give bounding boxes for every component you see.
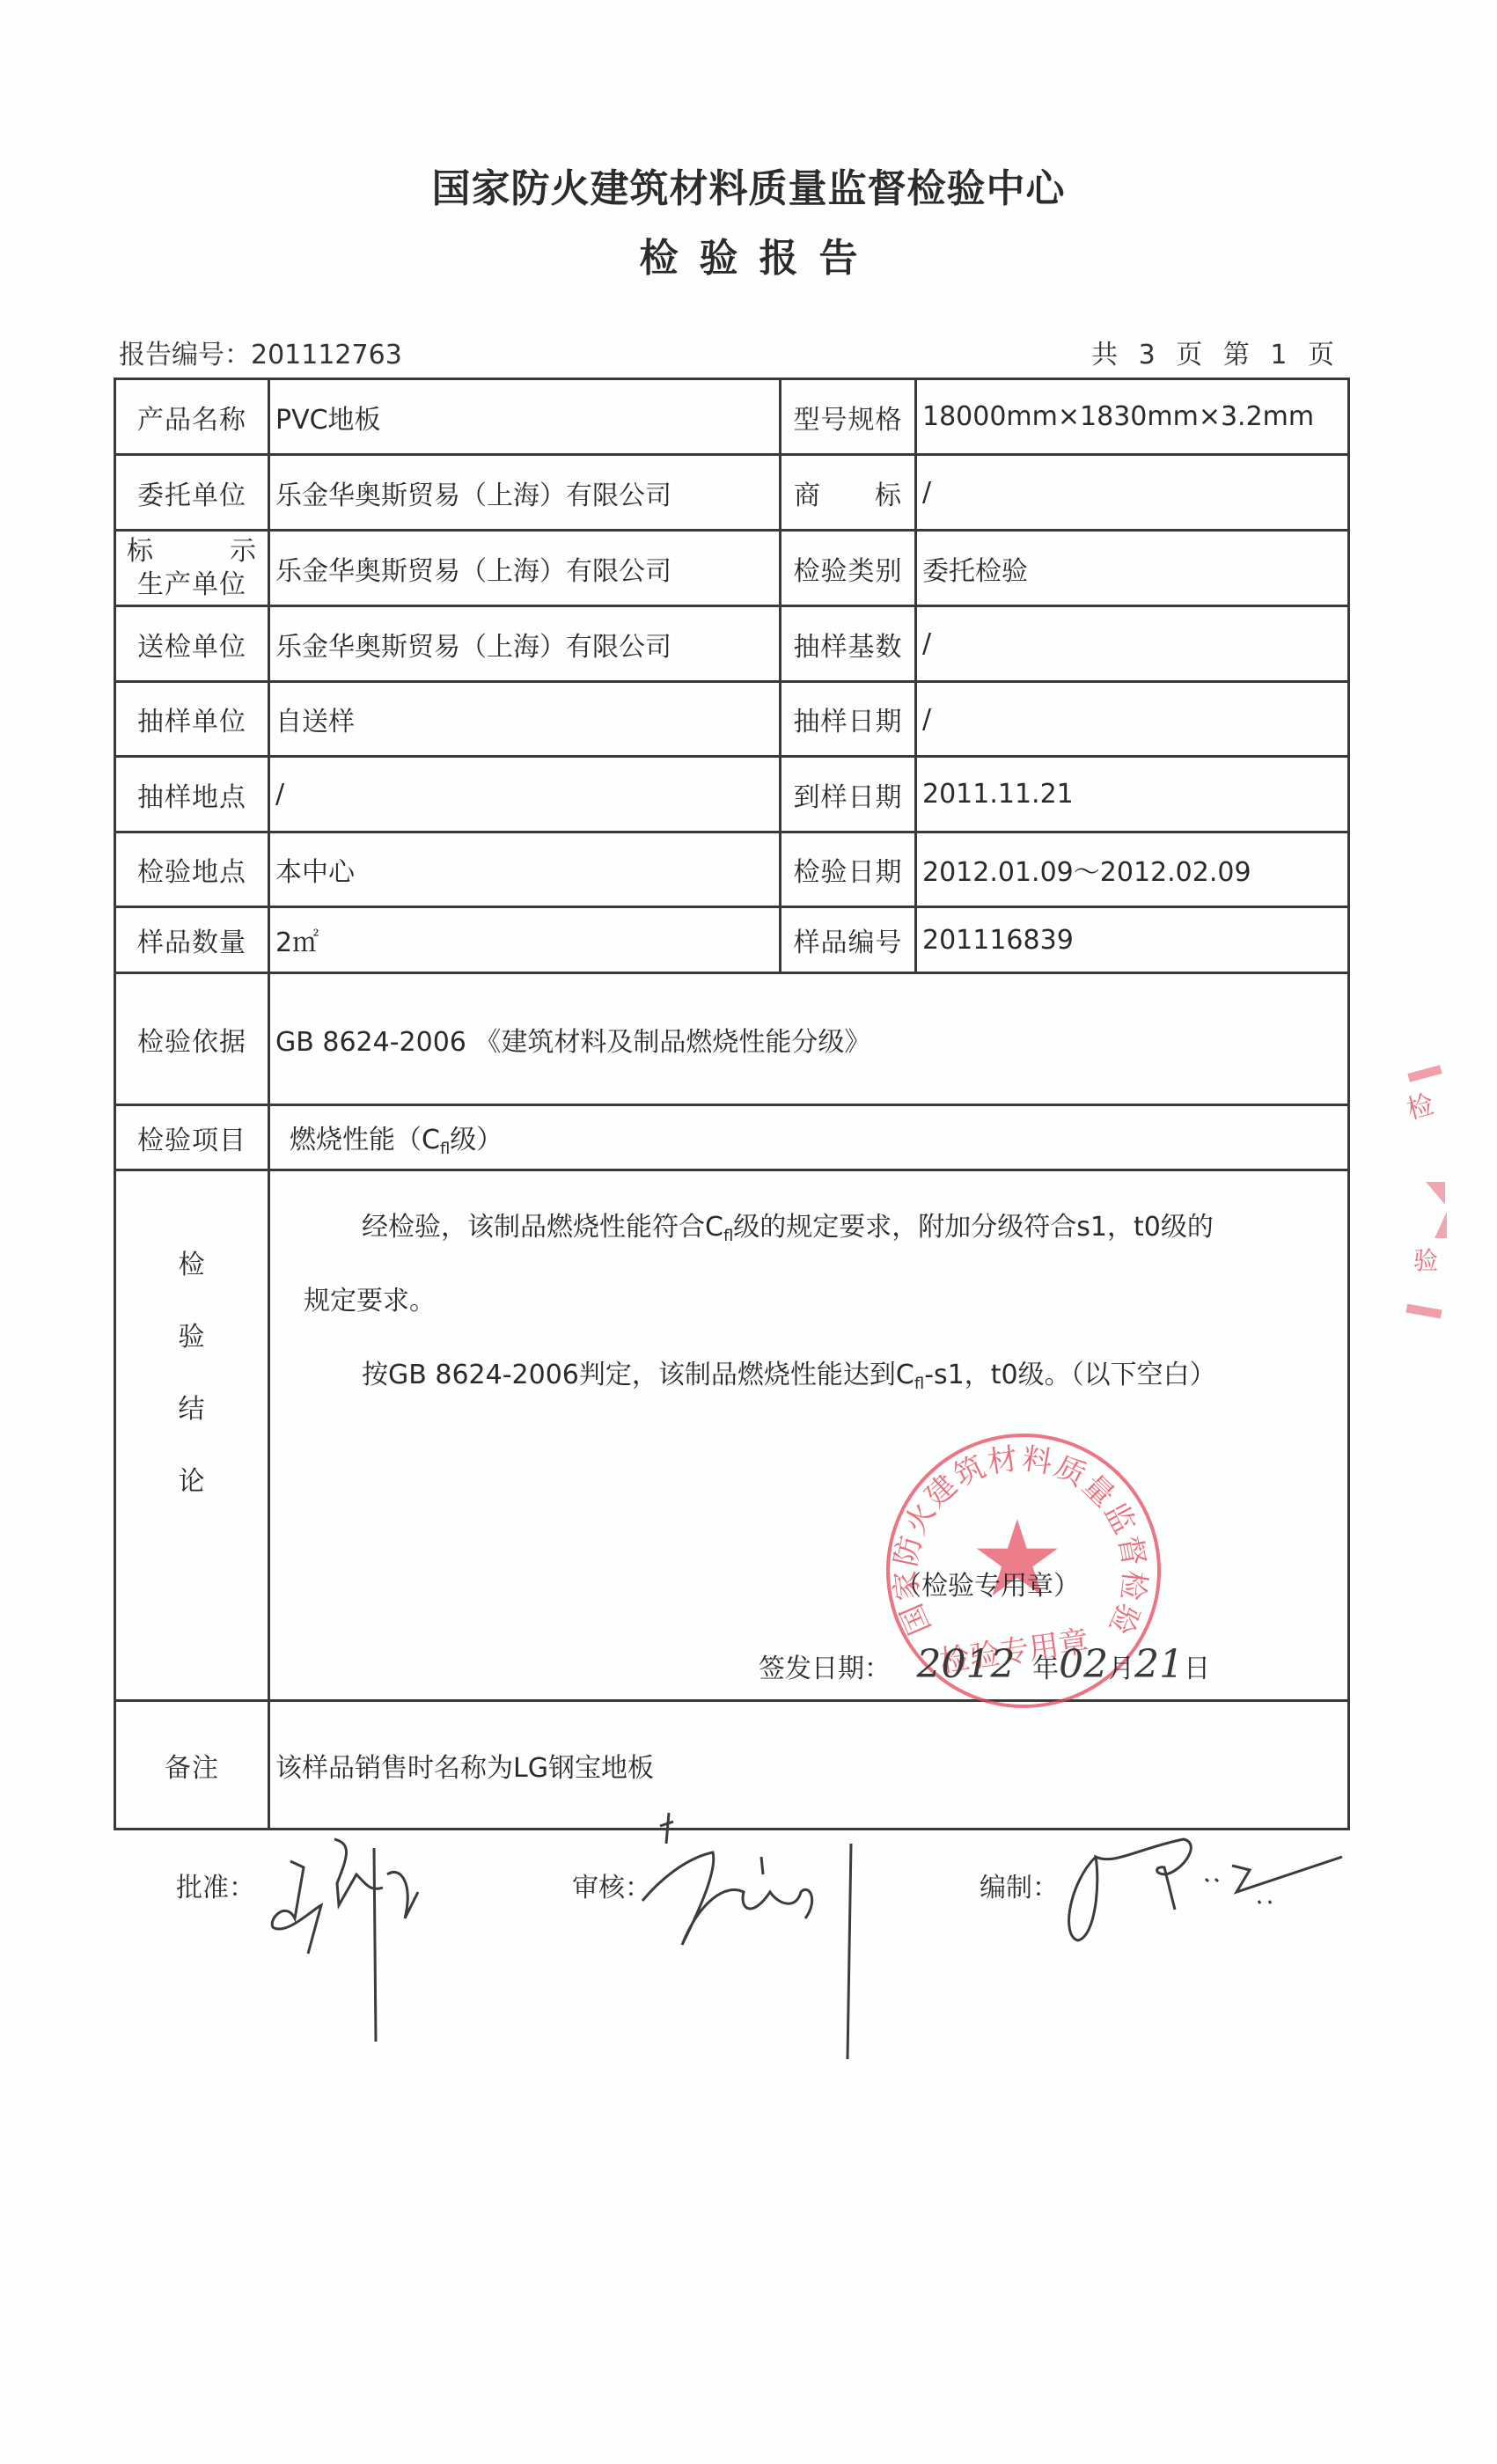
value-sample-number: 201116839 [916, 907, 1349, 973]
table-row: 检验依据 GB 8624-2006 《建筑材料及制品燃烧性能分级》 [115, 973, 1349, 1105]
test-item-text: 燃烧性能（C [290, 1125, 440, 1155]
table-row: 抽样单位 自送样 抽样日期 / [115, 682, 1349, 757]
conclusion-text: 经检验，该制品燃烧性能符合C [362, 1212, 723, 1243]
label-trademark-part2: 标 [875, 473, 902, 512]
value-test-basis: GB 8624-2006 《建筑材料及制品燃烧性能分级》 [269, 973, 1349, 1105]
review-signature [629, 1804, 893, 2068]
value-manufacturer: 乐金华奥斯贸易（上海）有限公司 [269, 531, 781, 606]
conclusion-char: 论 [116, 1446, 268, 1518]
table-row: 委托单位 乐金华奥斯贸易（上海）有限公司 商标 / [115, 455, 1349, 531]
conclusion-paragraph-2: 按GB 8624-2006判定，该制品燃烧性能达到Cfl-s1，t0级。（以下空… [362, 1353, 1216, 1393]
table-row: 送检单位 乐金华奥斯贸易（上海）有限公司 抽样基数 / [115, 606, 1349, 682]
value-sampling-date: / [916, 682, 1349, 757]
table-row: 检验项目 燃烧性能（Cfl级） [115, 1105, 1349, 1170]
label-sampling-base: 抽样基数 [781, 606, 916, 682]
label-test-basis: 检验依据 [115, 973, 269, 1105]
label-marked-manufacturer: 标示 生产单位 [115, 531, 269, 606]
label-conclusion: 检 验 结 论 [115, 1170, 269, 1701]
label-sampling-unit: 抽样单位 [115, 682, 269, 757]
conclusion-char: 检 [116, 1229, 268, 1302]
test-item-suffix: 级） [450, 1125, 503, 1155]
conclusion-paragraph-1: 经检验，该制品燃烧性能符合Cfl级的规定要求，附加分级符合s1，t0级的 [362, 1205, 1214, 1245]
conclusion-char: 验 [116, 1302, 268, 1374]
label-submitter: 送检单位 [115, 606, 269, 682]
value-client: 乐金华奥斯贸易（上海）有限公司 [269, 455, 781, 531]
table-row: 检验地点 本中心 检验日期 2012.01.09～2012.02.09 [115, 832, 1349, 907]
edge-seal-char: 验 [1413, 1242, 1438, 1277]
label-trademark-part1: 商 [794, 473, 821, 512]
label-sample-number: 样品编号 [781, 907, 916, 973]
month-char: 月 [1108, 1654, 1134, 1684]
day-char: 日 [1184, 1654, 1210, 1684]
table-row: 抽样地点 / 到样日期 2011.11.21 [115, 757, 1349, 832]
conclusion-subscript: fl [723, 1227, 733, 1245]
prepare-label: 编制： [980, 1866, 1059, 1904]
doc-title: 检验报告 [0, 226, 1497, 282]
value-product-name: PVC地板 [269, 379, 781, 455]
conclusion-char: 结 [116, 1374, 268, 1446]
issue-day: 21 [1134, 1642, 1184, 1687]
page-indicator: 共 3 页 第 1 页 [1091, 333, 1340, 371]
label-remarks: 备注 [115, 1701, 269, 1830]
conclusion-cell: 经检验，该制品燃烧性能符合Cfl级的规定要求，附加分级符合s1，t0级的 规定要… [269, 1170, 1349, 1701]
value-model-spec: 18000mm×1830mm×3.2mm [916, 379, 1349, 455]
table-row: 标示 生产单位 乐金华奥斯贸易（上海）有限公司 检验类别 委托检验 [115, 531, 1349, 606]
conclusion-subscript: fl [914, 1375, 924, 1393]
label-manufacturer: 生产单位 [127, 568, 257, 602]
edge-seal-fragment: 检 验 [1399, 1069, 1496, 1333]
approve-signature [268, 1822, 497, 2050]
label-marked-part1: 标 [127, 535, 154, 568]
issue-year: 2012 [917, 1642, 1016, 1687]
value-test-type: 委托检验 [916, 531, 1349, 606]
conclusion-text: 按GB 8624-2006判定，该制品燃烧性能达到C [362, 1360, 914, 1390]
org-title: 国家防火建筑材料质量监督检验中心 [0, 157, 1497, 213]
report-number-value: 201112763 [251, 340, 402, 370]
label-client: 委托单位 [115, 455, 269, 531]
conclusion-text: -s1，t0级。（以下空白） [924, 1360, 1215, 1390]
edge-seal-char: 检 [1402, 1082, 1437, 1126]
value-trademark: / [916, 455, 1349, 531]
conclusion-paragraph-1-cont: 规定要求。 [304, 1279, 436, 1317]
label-arrival-date: 到样日期 [781, 757, 916, 832]
seal-note: （检验专用章） [895, 1564, 1080, 1602]
value-test-location: 本中心 [269, 832, 781, 907]
label-test-item: 检验项目 [115, 1105, 269, 1170]
issue-month: 02 [1059, 1642, 1108, 1687]
approve-label: 批准： [176, 1866, 255, 1904]
value-sampling-location: / [269, 757, 781, 832]
table-row: 检 验 结 论 经检验，该制品燃烧性能符合Cfl级的规定要求，附加分级符合s1，… [115, 1170, 1349, 1701]
label-test-location: 检验地点 [115, 832, 269, 907]
conclusion-text: 级的规定要求，附加分级符合s1，t0级的 [733, 1212, 1214, 1243]
label-trademark: 商标 [781, 455, 916, 531]
label-sampling-date: 抽样日期 [781, 682, 916, 757]
label-test-date: 检验日期 [781, 832, 916, 907]
value-sample-quantity: 2㎡ [269, 907, 781, 973]
issue-date: 签发日期： 2012 年02月21日 [759, 1642, 1210, 1687]
value-test-date: 2012.01.09～2012.02.09 [916, 832, 1349, 907]
label-sampling-location: 抽样地点 [115, 757, 269, 832]
label-marked-part2: 示 [230, 535, 257, 568]
value-arrival-date: 2011.11.21 [916, 757, 1349, 832]
prepare-signature [1060, 1830, 1351, 1954]
issue-date-label: 签发日期： [759, 1654, 891, 1684]
label-test-type: 检验类别 [781, 531, 916, 606]
value-sampling-base: / [916, 606, 1349, 682]
table-row: 样品数量 2㎡ 样品编号 201116839 [115, 907, 1349, 973]
table-row: 产品名称 PVC地板 型号规格 18000mm×1830mm×3.2mm [115, 379, 1349, 455]
report-table: 产品名称 PVC地板 型号规格 18000mm×1830mm×3.2mm 委托单… [114, 378, 1350, 1830]
label-sample-quantity: 样品数量 [115, 907, 269, 973]
test-item-subscript: fl [440, 1140, 450, 1158]
value-submitter: 乐金华奥斯贸易（上海）有限公司 [269, 606, 781, 682]
label-product-name: 产品名称 [115, 379, 269, 455]
value-sampling-unit: 自送样 [269, 682, 781, 757]
report-number-label: 报告编号： [119, 340, 251, 370]
report-number: 报告编号：201112763 [119, 333, 402, 371]
label-model-spec: 型号规格 [781, 379, 916, 455]
year-char: 年 [1032, 1654, 1059, 1684]
value-test-item: 燃烧性能（Cfl级） [269, 1105, 1349, 1170]
